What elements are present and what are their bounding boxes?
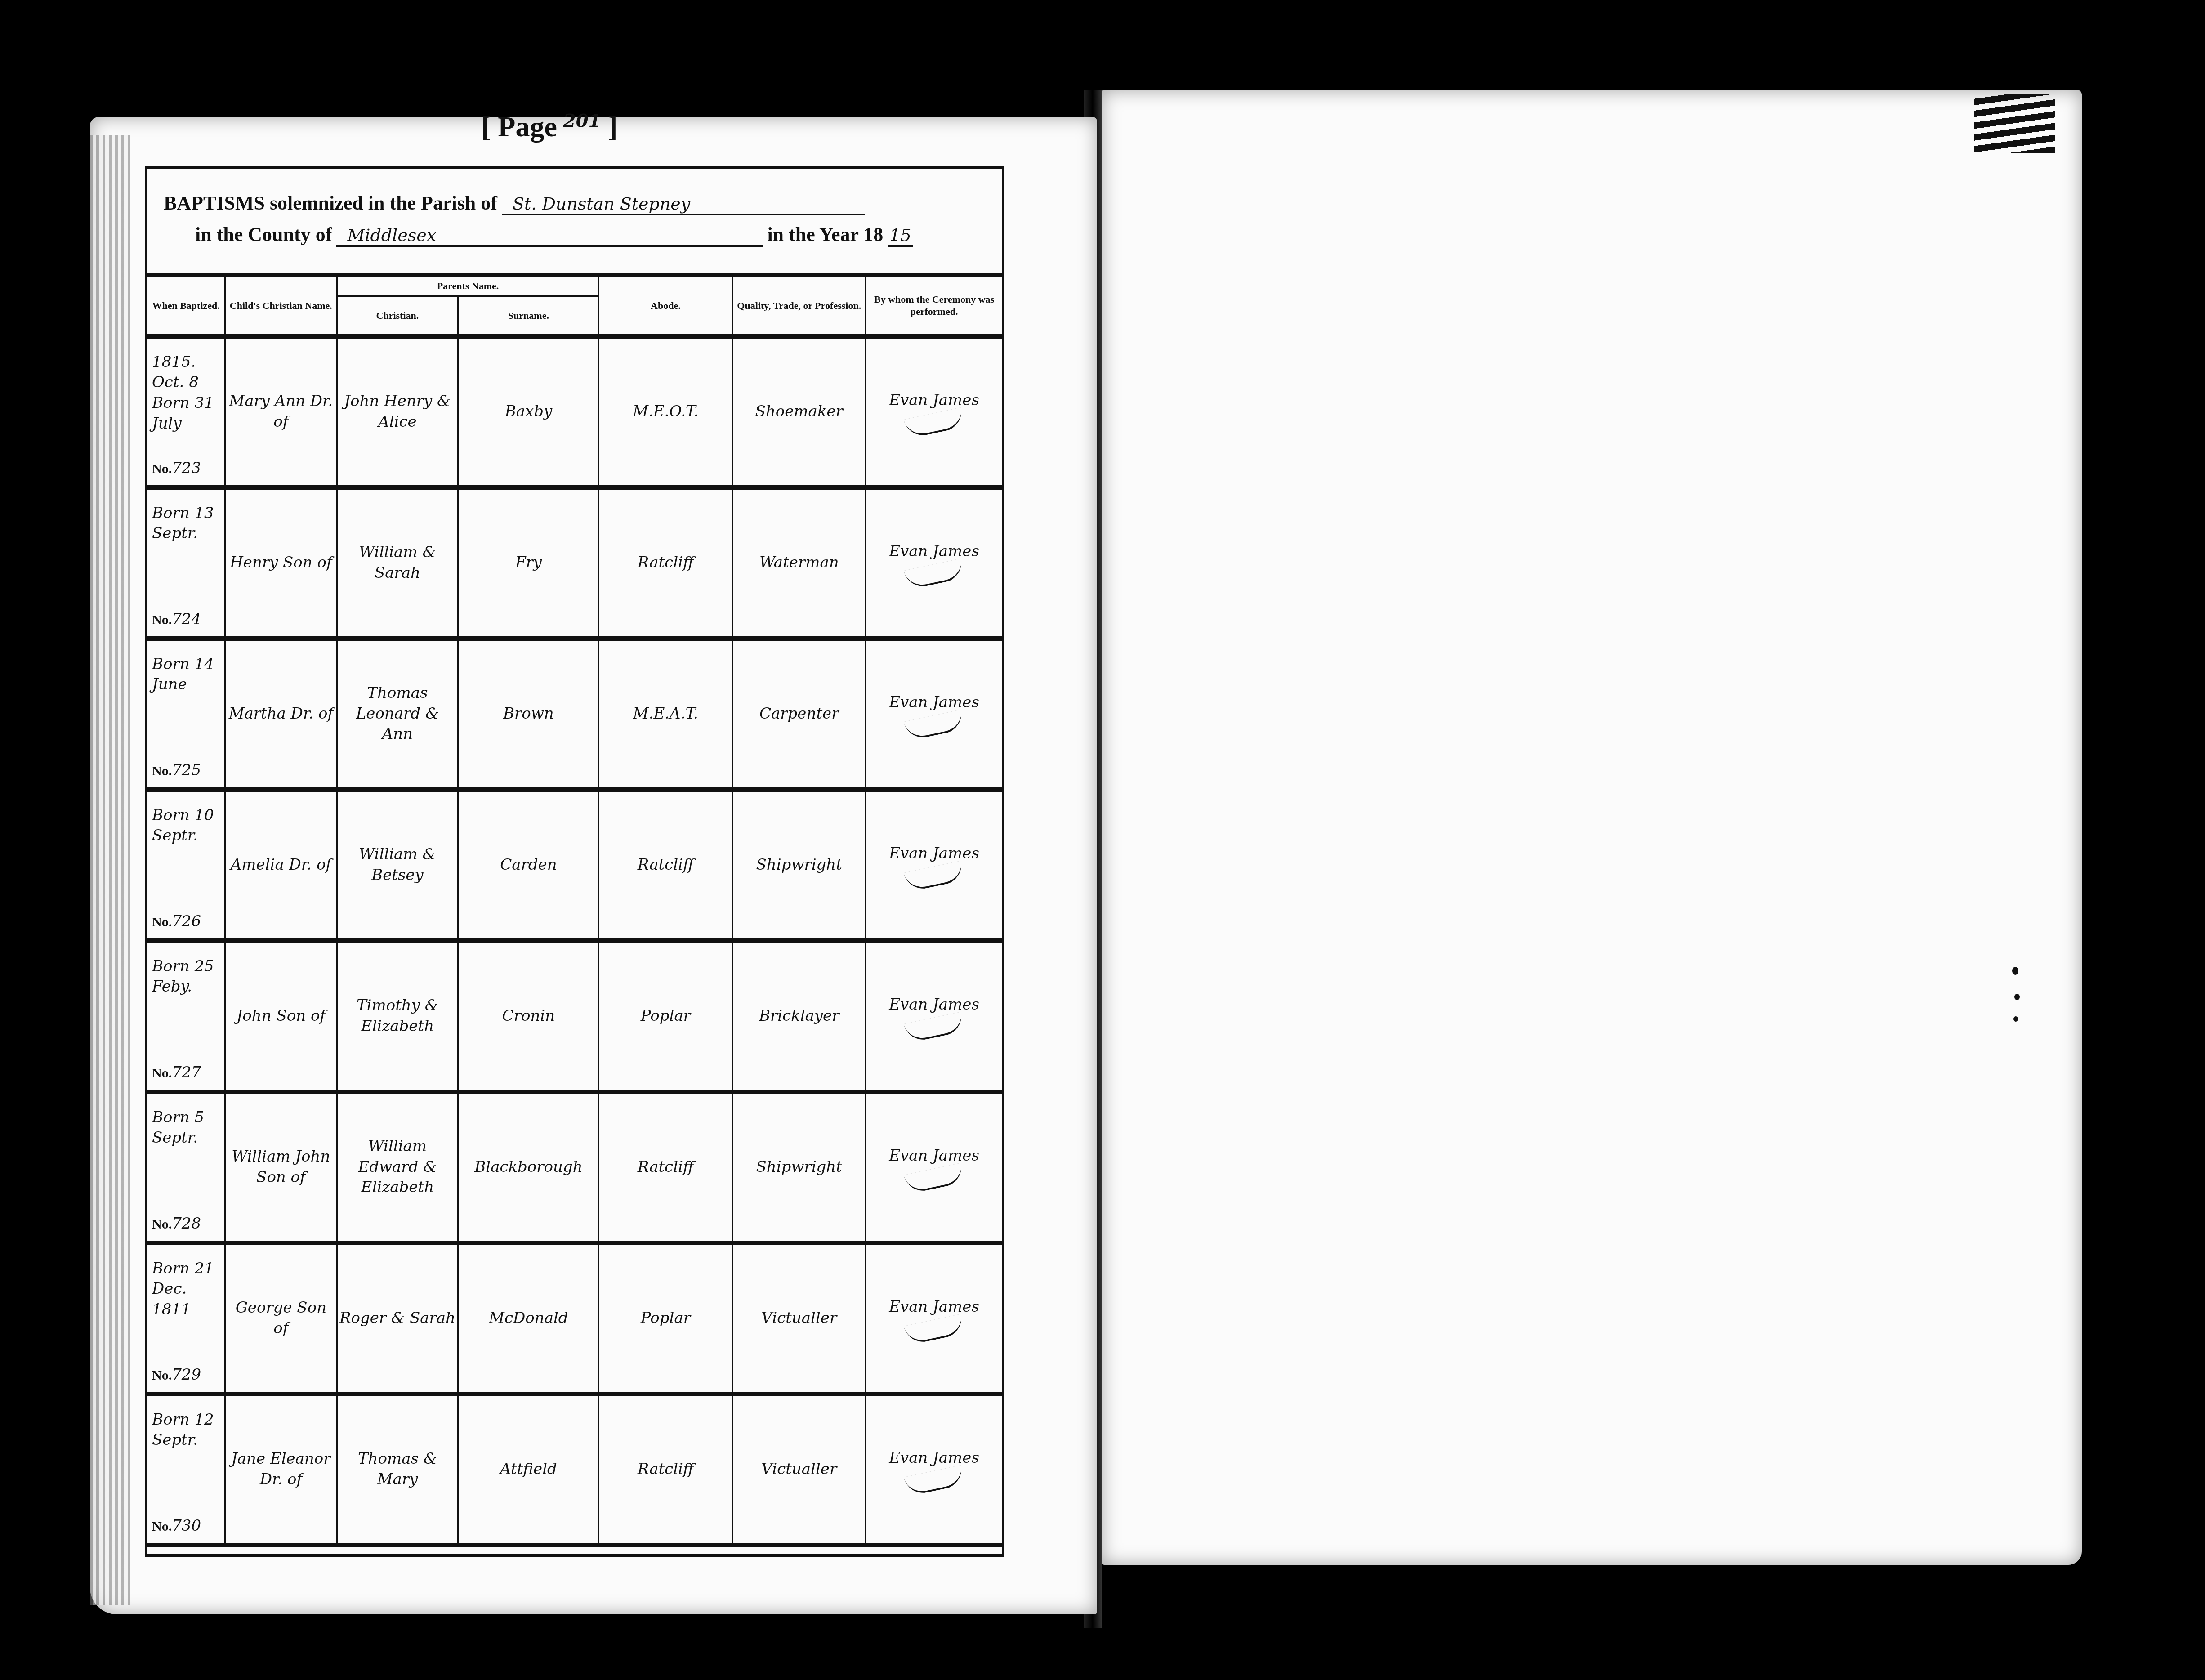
county-label: in the County of [195,223,332,246]
officiant-signature: Evan James [889,542,979,560]
cell-child-name: John Son of [225,941,337,1092]
cell-parents-christian: Thomas & Mary [337,1394,458,1545]
entry-number-value: 727 [172,1063,201,1081]
cell-abode: M.E.O.T. [599,336,732,487]
header-parents-surname: Surname. [458,296,599,336]
entries-body: 1815. Oct. 8 Born 31 July No.723 Mary An… [147,336,1002,1545]
heading-line-county: in the County ofMiddlesexin the Year 181… [195,223,918,247]
cell-child-name: Amelia Dr. of [225,790,337,941]
when-baptized: Born 10 Septr. [152,805,222,847]
cell-when-baptized: Born 14 June No.725 [147,639,225,790]
entry-number-value: 728 [172,1215,201,1233]
year-value: 15 [888,225,913,247]
page-label: Page [498,111,557,143]
no-label: No. [152,1066,172,1081]
table-row: Born 25 Feby. No.727 John Son of Timothy… [147,941,1002,1092]
register-heading: BAPTISMS solemnized in the Parish ofSt. … [164,192,993,268]
cell-surname: Carden [458,790,599,941]
entry-number: No.726 [152,911,201,932]
entry-number-value: 729 [172,1366,201,1384]
cell-quality: Victualler [732,1394,866,1545]
cell-when-baptized: Born 21 Dec. 1811 No.729 [147,1243,225,1394]
cell-surname: Attfield [458,1394,599,1545]
cell-by-whom: Evan James [866,1394,1002,1545]
table-row: Born 12 Septr. No.730 Jane Eleanor Dr. o… [147,1394,1002,1545]
header-by-whom: By whom the Ceremony was performed. [866,275,1002,336]
when-baptized: Born 12 Septr. [152,1410,222,1451]
no-label: No. [152,915,172,929]
cell-when-baptized: Born 5 Septr. No.728 [147,1092,225,1243]
cell-surname: Cronin [458,941,599,1092]
cell-quality: Shoemaker [732,336,866,487]
table-row: Born 13 Septr. No.724 Henry Son of Willi… [147,487,1002,639]
crossed-out-mark [1974,94,2055,153]
no-label: No. [152,612,172,627]
header-parents-christian: Christian. [337,296,458,336]
cell-when-baptized: 1815. Oct. 8 Born 31 July No.723 [147,336,225,487]
cell-abode: Ratcliff [599,1092,732,1243]
officiant-signature: Evan James [889,996,979,1014]
cell-abode: Ratcliff [599,487,732,639]
signature-flourish [903,1465,964,1497]
entry-number: No.727 [152,1063,201,1083]
cell-by-whom: Evan James [866,941,1002,1092]
cell-parents-christian: Roger & Sarah [337,1243,458,1394]
cell-quality: Bricklayer [732,941,866,1092]
cell-parents-christian: John Henry & Alice [337,336,458,487]
county-value: Middlesex [336,225,763,247]
year-label: in the Year 18 [767,223,883,246]
entry-number: No.724 [152,609,201,630]
cell-by-whom: Evan James [866,1243,1002,1394]
no-label: No. [152,1519,172,1534]
table-row: Born 14 June No.725 Martha Dr. of Thomas… [147,639,1002,790]
signature-flourish [903,861,964,892]
page-number: [ Page201 ] [481,110,618,143]
cell-parents-christian: Timothy & Elizabeth [337,941,458,1092]
no-label: No. [152,764,172,778]
header-when-baptized: When Baptized. [147,275,225,336]
cell-surname: Blackborough [458,1092,599,1243]
table-row: Born 21 Dec. 1811 No.729 George Son of R… [147,1243,1002,1394]
heading-line-parish: BAPTISMS solemnized in the Parish ofSt. … [164,192,870,215]
page-edges [90,135,130,1605]
cell-when-baptized: Born 12 Septr. No.730 [147,1394,225,1545]
entry-number-value: 726 [172,912,201,930]
cell-abode: Ratcliff [599,1394,732,1545]
entry-number-value: 725 [172,761,201,779]
signature-flourish [903,1012,964,1043]
parish-value: St. Dunstan Stepney [502,194,865,215]
header-abode: Abode. [599,275,732,336]
cell-by-whom: Evan James [866,639,1002,790]
signature-flourish [903,559,964,590]
cell-child-name: George Son of [225,1243,337,1394]
ink-speck [2012,967,2018,975]
when-baptized: Born 13 Septr. [152,503,222,545]
officiant-signature: Evan James [889,1147,979,1165]
entry-number: No.729 [152,1365,201,1385]
ink-speck [2013,1016,2018,1022]
cell-when-baptized: Born 10 Septr. No.726 [147,790,225,941]
officiant-signature: Evan James [889,693,979,711]
entry-number: No.730 [152,1516,201,1537]
entry-number-value: 724 [172,610,201,628]
when-baptized: Born 25 Feby. [152,956,222,998]
cell-abode: Ratcliff [599,790,732,941]
cell-surname: Brown [458,639,599,790]
cell-child-name: Jane Eleanor Dr. of [225,1394,337,1545]
signature-flourish [903,407,964,439]
signature-flourish [903,1314,964,1345]
cell-child-name: Mary Ann Dr. of [225,336,337,487]
cell-quality: Waterman [732,487,866,639]
cell-abode: Poplar [599,941,732,1092]
table-row: 1815. Oct. 8 Born 31 July No.723 Mary An… [147,336,1002,487]
page-number-value: 201 [563,110,601,131]
no-label: No. [152,1368,172,1383]
table-row: Born 5 Septr. No.728 William John Son of… [147,1092,1002,1243]
baptisms-label: BAPTISMS solemnized in the Parish of [164,192,497,214]
when-baptized: 1815. Oct. 8 Born 31 July [152,352,222,435]
entry-number: No.725 [152,760,201,781]
header-quality: Quality, Trade, or Profession. [732,275,866,336]
no-label: No. [152,461,172,476]
signature-flourish [903,710,964,741]
cell-child-name: Henry Son of [225,487,337,639]
cell-quality: Carpenter [732,639,866,790]
officiant-signature: Evan James [889,1298,979,1316]
officiant-signature: Evan James [889,1449,979,1467]
cell-abode: M.E.A.T. [599,639,732,790]
entry-number: No.723 [152,458,201,479]
baptisms-table: When Baptized. Child's Christian Name. P… [147,273,1002,1547]
cell-by-whom: Evan James [866,1092,1002,1243]
ink-speck [2014,994,2020,1000]
cell-surname: McDonald [458,1243,599,1394]
cell-by-whom: Evan James [866,336,1002,487]
cell-parents-christian: Thomas Leonard & Ann [337,639,458,790]
cell-parents-christian: William Edward & Elizabeth [337,1092,458,1243]
entry-number-value: 730 [172,1517,201,1535]
cell-quality: Victualler [732,1243,866,1394]
signature-flourish [903,1163,964,1194]
no-label: No. [152,1217,172,1232]
baptism-register: BAPTISMS solemnized in the Parish ofSt. … [145,166,1004,1557]
when-baptized: Born 14 June [152,654,222,696]
right-page [1102,90,2082,1565]
officiant-signature: Evan James [889,844,979,862]
when-baptized: Born 21 Dec. 1811 [152,1259,222,1321]
entry-number: No.728 [152,1214,201,1234]
when-baptized: Born 5 Septr. [152,1108,222,1149]
officiant-signature: Evan James [889,391,979,409]
cell-surname: Baxby [458,336,599,487]
cell-quality: Shipwright [732,1092,866,1243]
cell-parents-christian: William & Sarah [337,487,458,639]
cell-by-whom: Evan James [866,487,1002,639]
cell-child-name: Martha Dr. of [225,639,337,790]
cell-by-whom: Evan James [866,790,1002,941]
cell-child-name: William John Son of [225,1092,337,1243]
cell-surname: Fry [458,487,599,639]
cell-when-baptized: Born 13 Septr. No.724 [147,487,225,639]
header-child-name: Child's Christian Name. [225,275,337,336]
table-row: Born 10 Septr. No.726 Amelia Dr. of Will… [147,790,1002,941]
cell-parents-christian: William & Betsey [337,790,458,941]
cell-quality: Shipwright [732,790,866,941]
entry-number-value: 723 [172,459,201,477]
cell-abode: Poplar [599,1243,732,1394]
cell-when-baptized: Born 25 Feby. No.727 [147,941,225,1092]
header-parents-name: Parents Name. [337,275,599,296]
